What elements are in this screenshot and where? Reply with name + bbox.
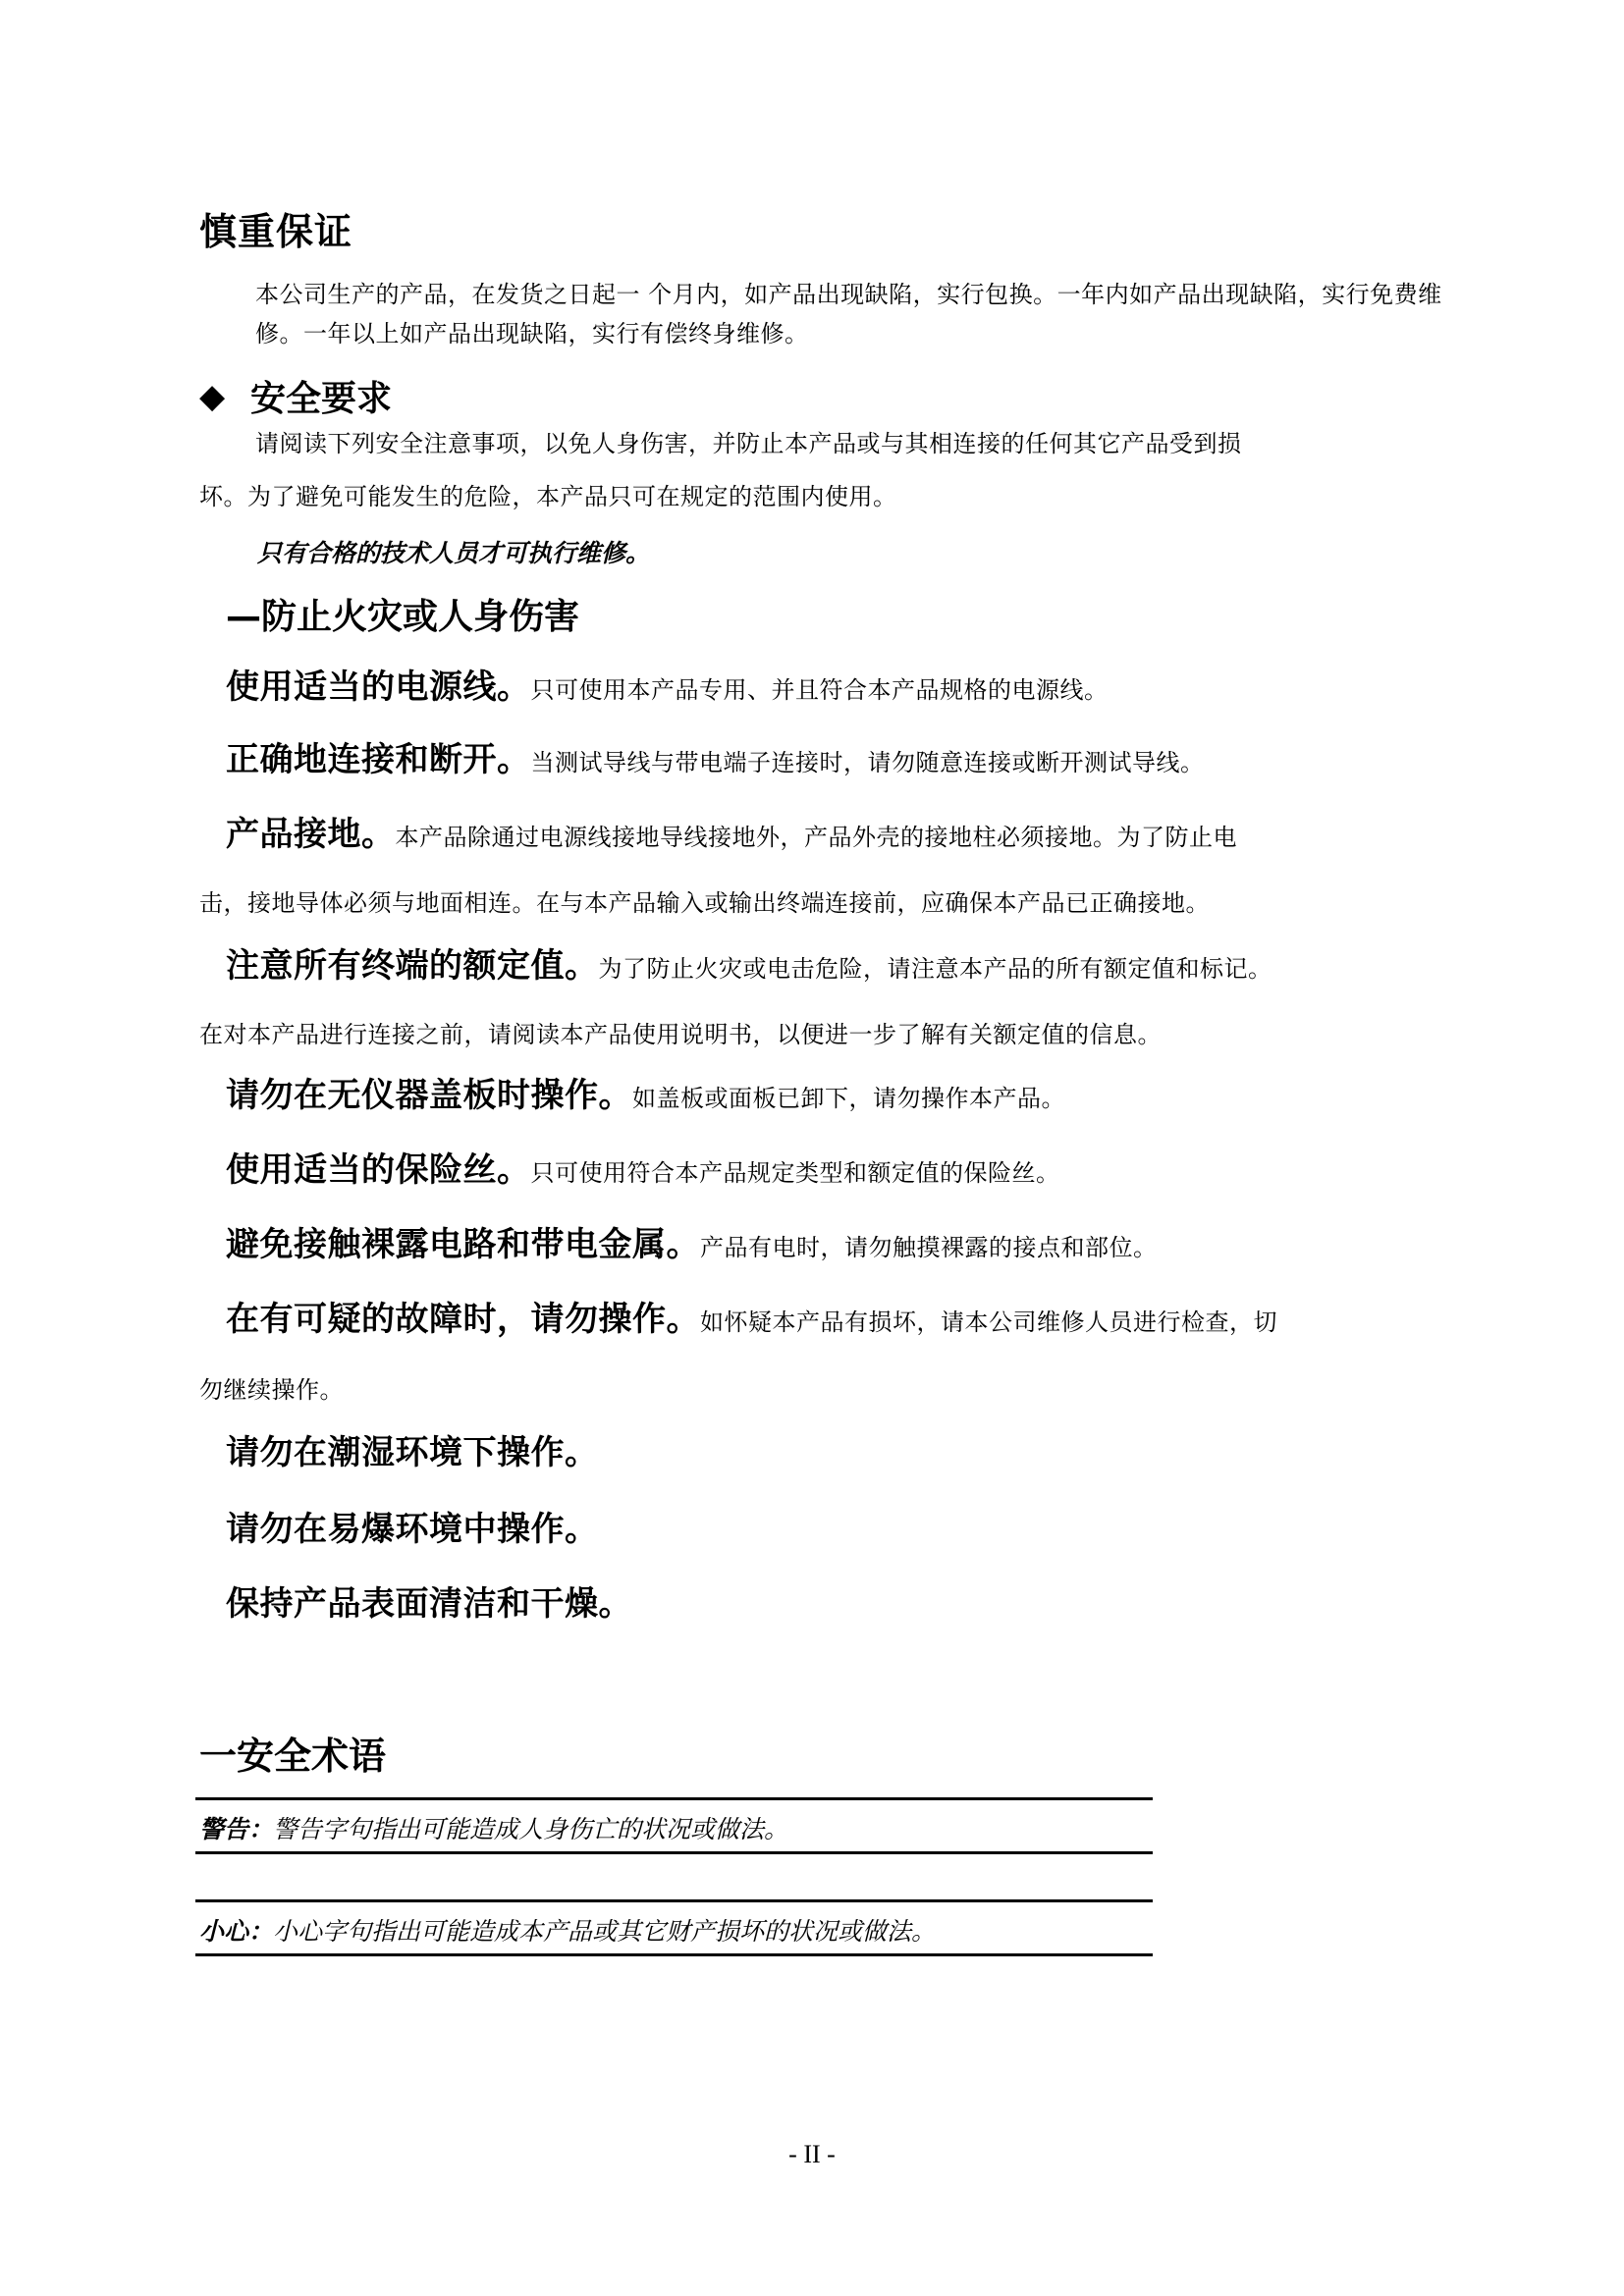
caution-term: 小心：小心字句指出可能造成本产品或其它财产损坏的状况或做法。 [199,1912,936,1948]
caution-label: 小心： [199,1917,273,1946]
caution-term-box: 小心：小心字句指出可能造成本产品或其它财产损坏的状况或做法。 [195,1899,1153,1956]
rule-title: 使用适当的电源线。 [226,667,531,707]
rule-text: 如怀疑本产品有损坏，请本公司维修人员进行检查，切 [700,1308,1277,1336]
rule-text: 只可使用符合本产品规定类型和额定值的保险丝。 [531,1159,1060,1187]
warning-label: 警告： [199,1815,273,1843]
rule-item: 请勿在无仪器盖板时操作。如盖板或面板已卸下，请勿操作本产品。 [226,1068,1065,1116]
rule-title: 保持产品表面清洁和干燥。 [226,1584,632,1624]
rule-title: 请勿在潮湿环境下操作。 [226,1433,599,1472]
rule-title: 使用适当的保险丝。 [226,1150,531,1190]
rule-item: 请勿在易爆环境中操作。 [226,1502,599,1550]
rule-title: 在有可疑的故障时，请勿操作。 [226,1300,700,1339]
warning-text: 警告字句指出可能造成人身伤亡的状况或做法。 [273,1815,788,1843]
rule-item: 注意所有终端的额定值。为了防止火灾或电击危险，请注意本产品的所有额定值和标记。 [226,938,1272,987]
rule-item: 正确地连接和断开。当测试导线与带电端子连接时，请勿随意连接或断开测试导线。 [226,732,1205,780]
rule-text: 本产品除通过电源线接地导线接地外，产品外壳的接地柱必须接地。为了防止电 [396,824,1238,851]
rule-continuation: 在对本产品进行连接之前，请阅读本产品使用说明书，以便进一步了解有关额定值的信息。 [199,1015,1162,1049]
rule-text: 只可使用本产品专用、并且符合本产品规格的电源线。 [531,676,1109,704]
rule-title: 请勿在无仪器盖板时操作。 [226,1076,632,1115]
rule-item: 在有可疑的故障时，请勿操作。如怀疑本产品有损坏，请本公司维修人员进行检查，切 [226,1292,1277,1340]
rule-continuation: 勿继续操作。 [199,1370,344,1405]
rule-title: 产品接地。 [226,815,396,854]
safety-terms-heading: 一安全术语 [199,1726,386,1780]
fire-injury-subheading: —防止火灾或人身伤害 [226,589,579,639]
safety-intro-line2: 坏。为了避免可能发生的危险，本产品只可在规定的范围内使用。 [199,477,897,516]
caution-text: 小心字句指出可能造成本产品或其它财产损坏的状况或做法。 [273,1917,936,1946]
rule-item: 使用适当的电源线。只可使用本产品专用、并且符合本产品规格的电源线。 [226,660,1109,708]
rule-item: 使用适当的保险丝。只可使用符合本产品规定类型和额定值的保险丝。 [226,1143,1060,1191]
page-number: - II - [0,2140,1624,2169]
safety-heading-label: 安全要求 [250,371,392,421]
rule-title: 正确地连接和断开。 [226,740,531,779]
qualified-personnel-note: 只有合格的技术人员才可执行维修。 [257,534,650,569]
rule-item: 避免接触裸露电路和带电金属。产品有电时，请勿触摸裸露的接点和部位。 [226,1217,1158,1265]
rule-item: 产品接地。本产品除通过电源线接地导线接地外，产品外壳的接地柱必须接地。为了防止电 [226,807,1237,855]
rule-title: 注意所有终端的额定值。 [226,946,599,986]
warning-term: 警告：警告字句指出可能造成人身伤亡的状况或做法。 [199,1810,788,1845]
warning-term-box: 警告：警告字句指出可能造成人身伤亡的状况或做法。 [195,1797,1153,1854]
rule-item: 保持产品表面清洁和干燥。 [226,1576,632,1625]
rule-text: 当测试导线与带电端子连接时，请勿随意连接或断开测试导线。 [531,749,1205,776]
rule-title: 避免接触裸露电路和带电金属。 [226,1225,700,1264]
rule-text: 产品有电时，请勿触摸裸露的接点和部位。 [700,1234,1158,1261]
rule-text: 为了防止火灾或电击危险，请注意本产品的所有额定值和标记。 [599,955,1272,983]
diamond-bullet-icon: ◆ [199,382,229,411]
rule-title: 请勿在易爆环境中操作。 [226,1510,599,1549]
rule-continuation: 击，接地导体必须与地面相连。在与本产品输入或输出终端连接前，应确保本产品已正确接… [199,883,1210,918]
rule-item: 请勿在潮湿环境下操作。 [226,1425,599,1473]
warranty-heading: 慎重保证 [199,201,352,255]
rule-text: 如盖板或面板已卸下，请勿操作本产品。 [632,1085,1065,1112]
safety-heading: ◆ 安全要求 [199,371,392,421]
warranty-text: 本公司生产的产品，在发货之日起一 个月内，如产品出现缺陷，实行包换。一年内如产品… [255,275,1483,353]
safety-intro-line1: 请阅读下列安全注意事项，以免人身伤害，并防止本产品或与其相连接的任何其它产品受到… [255,424,1242,463]
